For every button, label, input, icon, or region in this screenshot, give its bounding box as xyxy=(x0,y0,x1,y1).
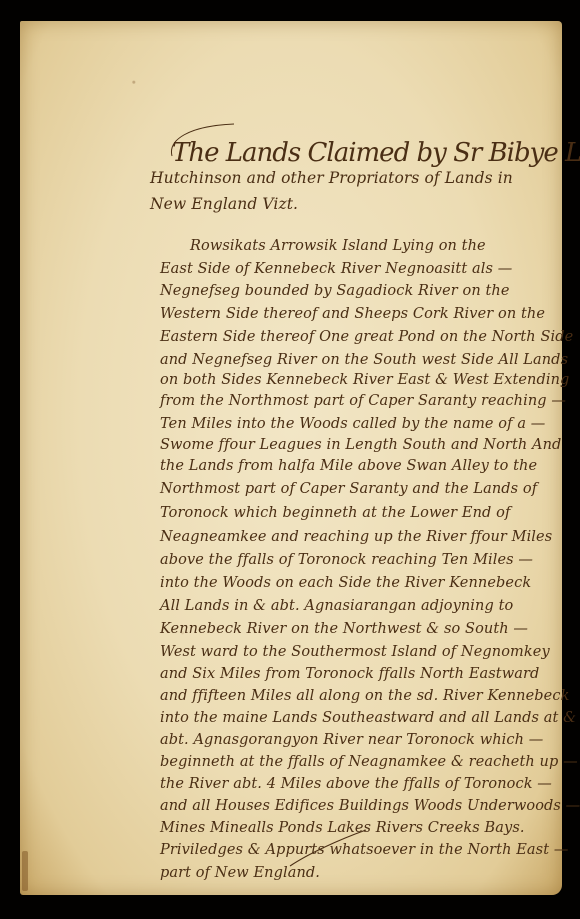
body-text: into the maine Lands Southeastward and a… xyxy=(160,710,576,726)
heading-text-2: Hutchinson and other Propriators of Land… xyxy=(150,169,513,187)
body-line: East Side of Kennebeck River Negnoasitt … xyxy=(160,262,512,277)
body-text: Eastern Side thereof One great Pond on t… xyxy=(160,329,573,345)
body-line: part of New England. xyxy=(160,866,320,881)
body-line: Swome ffour Leagues in Length South and … xyxy=(160,438,561,453)
body-text: and Six Miles from Toronock ffalls North… xyxy=(160,666,539,682)
body-text: East Side of Kennebeck River Negnoasitt … xyxy=(160,261,512,277)
body-text: Neagneamkee and reaching up the River ff… xyxy=(160,529,552,545)
body-line: and Negnefseg River on the South west Si… xyxy=(160,353,568,368)
body-text: Toronock which beginneth at the Lower En… xyxy=(160,505,510,521)
body-line: and Six Miles from Toronock ffalls North… xyxy=(160,667,539,682)
body-line: and ffifteen Miles all along on the sd. … xyxy=(160,689,569,704)
body-text: into the Woods on each Side the River Ke… xyxy=(160,575,531,591)
body-text: West ward to the Southermost Island of N… xyxy=(160,644,550,660)
body-line: West ward to the Southermost Island of N… xyxy=(160,645,550,660)
body-line: from the Northmost part of Caper Saranty… xyxy=(160,394,566,409)
body-line: into the maine Lands Southeastward and a… xyxy=(160,711,576,726)
body-line: on both Sides Kennebeck River East & Wes… xyxy=(160,373,569,388)
body-text: and all Houses Edifices Buildings Woods … xyxy=(160,798,580,814)
body-text: the Lands from halfa Mile above Swan All… xyxy=(160,458,537,474)
body-text: Negnefseg bounded by Sagadiock River on … xyxy=(160,283,510,299)
document-viewer: The Lands Claimed by Sr Bibye Lake Mr Hu… xyxy=(0,0,580,919)
body-line: Western Side thereof and Sheeps Cork Riv… xyxy=(160,307,545,322)
body-line: All Lands in & abt. Agnasiarangan adjoyn… xyxy=(160,599,513,614)
body-text: the River abt. 4 Miles above the ffalls … xyxy=(160,776,552,792)
body-line: Kennebeck River on the Northwest & so So… xyxy=(160,622,528,637)
body-text: All Lands in & abt. Agnasiarangan adjoyn… xyxy=(160,598,513,614)
body-line: Neagneamkee and reaching up the River ff… xyxy=(160,530,552,545)
heading-text-1: The Lands Claimed by Sr Bibye Lake Mr xyxy=(172,138,580,168)
heading-text-3: New England Vizt. xyxy=(150,195,298,213)
heading-line-1: The Lands Claimed by Sr Bibye Lake Mr xyxy=(172,140,580,166)
body-text: Western Side thereof and Sheeps Cork Riv… xyxy=(160,306,545,322)
body-line: Toronock which beginneth at the Lower En… xyxy=(160,506,510,521)
body-line: Negnefseg bounded by Sagadiock River on … xyxy=(160,284,510,299)
body-line: the River abt. 4 Miles above the ffalls … xyxy=(160,777,552,792)
body-text: and ffifteen Miles all along on the sd. … xyxy=(160,688,569,704)
body-line: Ten Miles into the Woods called by the n… xyxy=(160,417,545,432)
body-line: Eastern Side thereof One great Pond on t… xyxy=(160,330,573,345)
body-line: Northmost part of Caper Saranty and the … xyxy=(160,482,537,497)
body-text: Swome ffour Leagues in Length South and … xyxy=(160,437,561,453)
body-text: Northmost part of Caper Saranty and the … xyxy=(160,481,537,497)
body-text: on both Sides Kennebeck River East & Wes… xyxy=(160,372,569,388)
body-line: into the Woods on each Side the River Ke… xyxy=(160,576,531,591)
body-text: Ten Miles into the Woods called by the n… xyxy=(160,416,545,432)
body-line: the Lands from halfa Mile above Swan All… xyxy=(160,459,537,474)
heading-line-3: New England Vizt. xyxy=(150,197,298,213)
edge-stain xyxy=(22,851,28,891)
closing-flourish-icon xyxy=(288,828,368,868)
body-line: above the ffalls of Toronock reaching Te… xyxy=(160,553,533,568)
body-text: and Negnefseg River on the South west Si… xyxy=(160,352,568,368)
body-line: Rowsikats Arrowsik Island Lying on the xyxy=(190,239,486,254)
heading-line-2: Hutchinson and other Propriators of Land… xyxy=(150,171,513,187)
body-line: abt. Agnasgorangyon River near Toronock … xyxy=(160,733,543,748)
body-text: Kennebeck River on the Northwest & so So… xyxy=(160,621,528,637)
body-text: above the ffalls of Toronock reaching Te… xyxy=(160,552,533,568)
body-line: beginneth at the ffalls of Neagnamkee & … xyxy=(160,755,578,770)
body-text: Rowsikats Arrowsik Island Lying on the xyxy=(190,238,486,254)
body-text: abt. Agnasgorangyon River near Toronock … xyxy=(160,732,543,748)
body-text: beginneth at the ffalls of Neagnamkee & … xyxy=(160,754,578,770)
body-line: and all Houses Edifices Buildings Woods … xyxy=(160,799,580,814)
body-text: from the Northmost part of Caper Saranty… xyxy=(160,393,566,409)
